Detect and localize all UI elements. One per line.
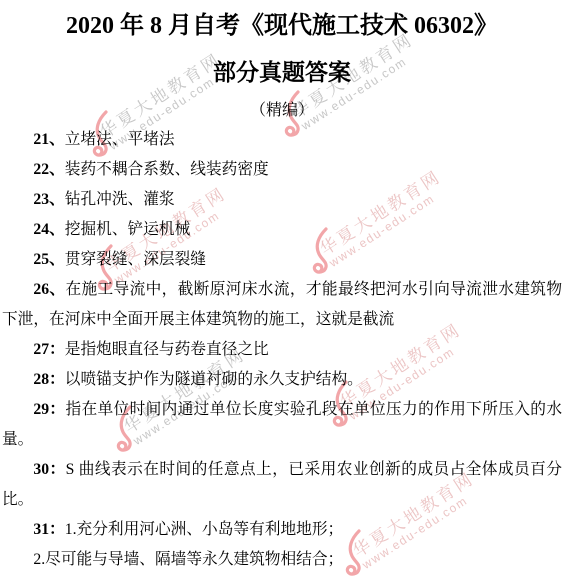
- answer-item-21: 21、立堵法、平堵法: [2, 125, 562, 155]
- item-text: 在施工导流中，截断原河床水流，才能最终把河水引向导流泄水建筑物下泄，在河床中全面…: [2, 281, 562, 328]
- item-separator: 、: [49, 191, 65, 208]
- answer-item-31: 31：1.充分利用河心洲、小岛等有利地地形；: [2, 515, 562, 545]
- item-text: 2.尽可能与导墙、隔墙等永久建筑物相结合；: [33, 551, 343, 568]
- item-separator: 、: [49, 131, 65, 148]
- item-text: 贯穿裂缝、深层裂缝: [65, 251, 206, 268]
- item-number: 31：: [33, 521, 64, 538]
- item-number: 21、: [33, 131, 64, 148]
- document-title-line2: 部分真题答案: [2, 58, 562, 88]
- answers-list: 21、立堵法、平堵法 22、装药不耦合系数、线装药密度 23、钻孔冲洗、灌浆 2…: [2, 125, 562, 575]
- answer-item-26: 26、在施工导流中，截断原河床水流，才能最终把河水引向导流泄水建筑物下泄，在河床…: [2, 275, 562, 335]
- item-number: 29：: [33, 401, 65, 418]
- answer-item-24: 24、挖掘机、铲运机械: [2, 215, 562, 245]
- item-separator: ：: [49, 461, 66, 478]
- item-separator: 、: [49, 221, 65, 238]
- item-text: 是指炮眼直径与药卷直径之比: [65, 341, 269, 358]
- item-number: 22、: [33, 161, 64, 178]
- document-page: 华夏大地教育网 www.edu-edu.com 华夏大地教育网 www.edu-…: [0, 0, 564, 577]
- item-number: 23、: [33, 191, 64, 208]
- item-text: 装药不耦合系数、线装药密度: [65, 161, 269, 178]
- item-separator: ：: [49, 341, 65, 358]
- document-subtitle: （精编）: [2, 100, 562, 122]
- document-title-line1: 2020 年 8 月自考《现代施工技术 06302》: [2, 10, 562, 42]
- item-text: 1.充分利用河心洲、小岛等有利地地形；: [65, 521, 343, 538]
- answer-item-29: 29：指在单位时间内通过单位长度实验孔段在单位压力的作用下所压入的水量。: [2, 395, 562, 455]
- item-separator: 、: [49, 281, 65, 298]
- item-number: 24、: [33, 221, 64, 238]
- item-separator: ：: [49, 401, 65, 418]
- answer-item-27: 27：是指炮眼直径与药卷直径之比: [2, 335, 562, 365]
- item-number: 30：: [33, 461, 65, 478]
- item-text: 以喷锚支护作为隧道衬砌的永久支护结构。: [65, 371, 363, 388]
- answer-item-28: 28：以喷锚支护作为隧道衬砌的永久支护结构。: [2, 365, 562, 395]
- item-separator: 、: [49, 161, 65, 178]
- item-text: 挖掘机、铲运机械: [65, 221, 191, 238]
- item-separator: ：: [49, 521, 65, 538]
- answer-item-22: 22、装药不耦合系数、线装药密度: [2, 155, 562, 185]
- item-separator: 、: [49, 251, 65, 268]
- answer-item-30: 30：S 曲线表示在时间的任意点上，已采用农业创新的成员占全体成员百分比。: [2, 455, 562, 515]
- item-separator: ：: [49, 371, 65, 388]
- item-number: 27：: [33, 341, 64, 358]
- item-text: 钻孔冲洗、灌浆: [65, 191, 175, 208]
- item-number: 25、: [33, 251, 64, 268]
- item-text: S 曲线表示在时间的任意点上，已采用农业创新的成员占全体成员百分比。: [2, 461, 562, 508]
- item-number: 28：: [33, 371, 64, 388]
- item-text: 立堵法、平堵法: [65, 131, 175, 148]
- answer-item-25: 25、贯穿裂缝、深层裂缝: [2, 245, 562, 275]
- document-content: 2020 年 8 月自考《现代施工技术 06302》 部分真题答案 （精编） 2…: [2, 0, 562, 575]
- item-number: 26、: [33, 281, 65, 298]
- answer-item-31-line2: 2.尽可能与导墙、隔墙等永久建筑物相结合；: [2, 545, 562, 575]
- item-text: 指在单位时间内通过单位长度实验孔段在单位压力的作用下所压入的水量。: [2, 401, 562, 448]
- answer-item-23: 23、钻孔冲洗、灌浆: [2, 185, 562, 215]
